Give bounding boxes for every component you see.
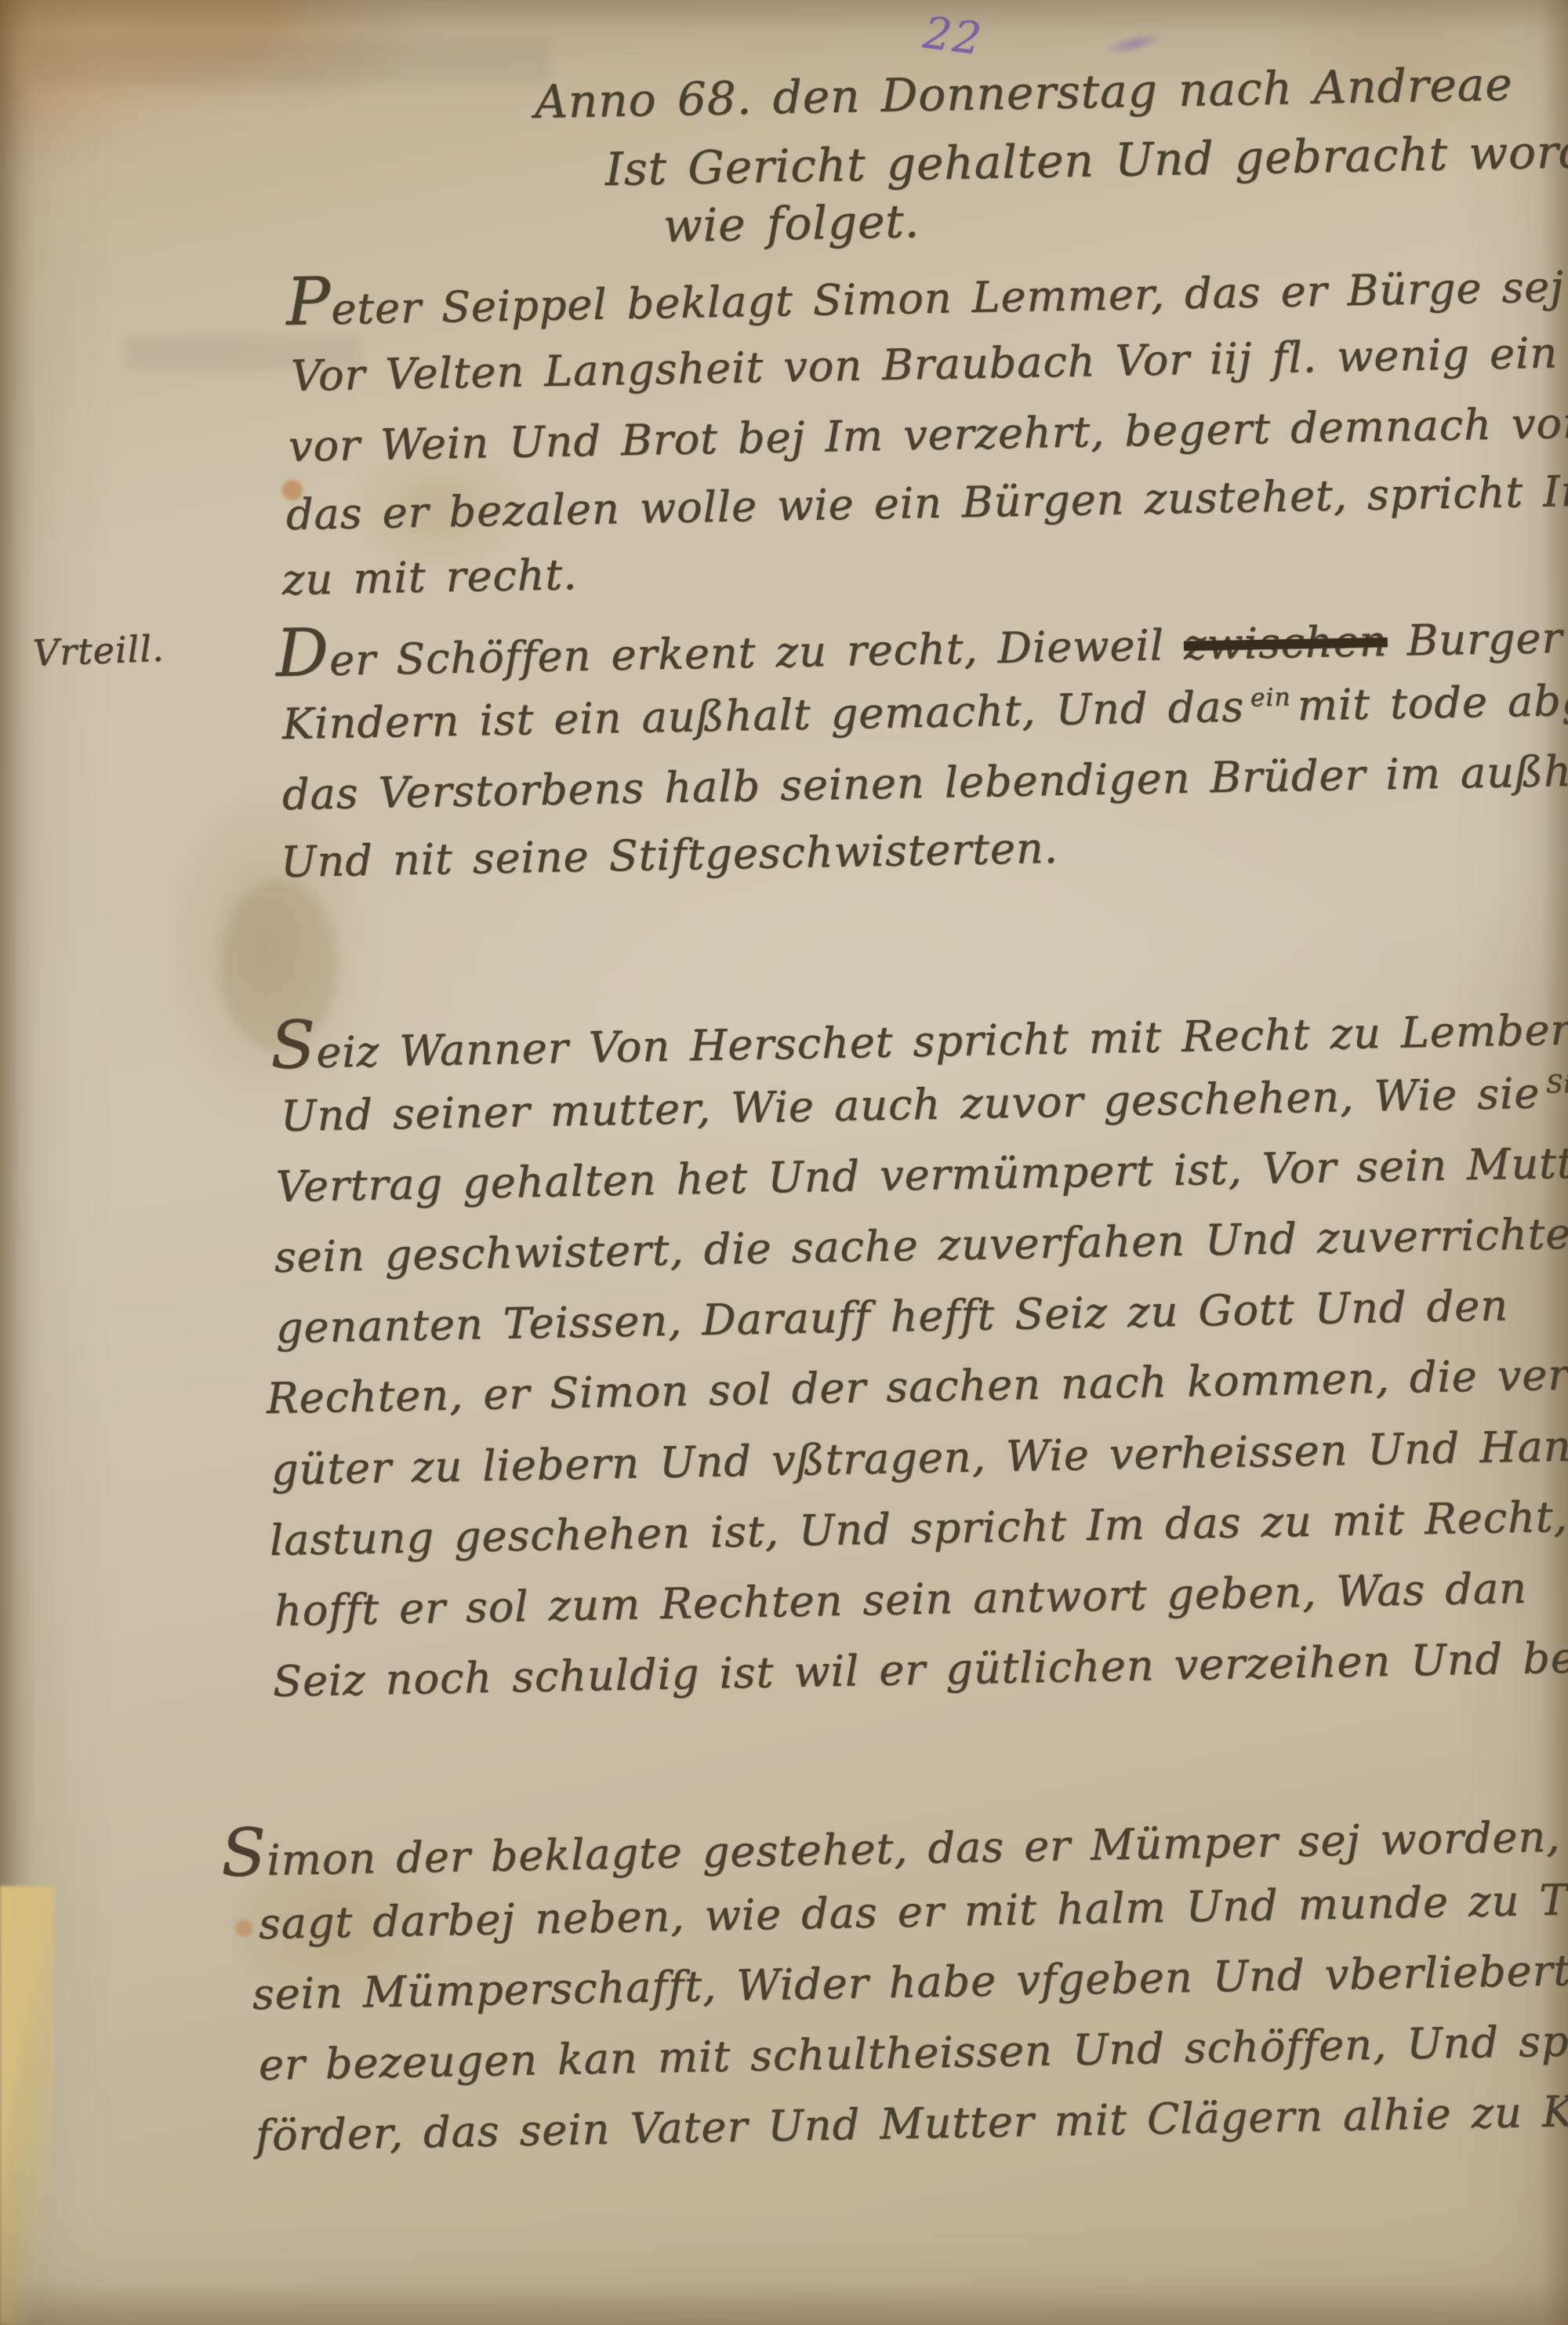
top-edge-shadow [0, 0, 1568, 31]
text-line: sein Mümperschafft, Wider habe vfgeben U… [252, 1944, 1568, 2019]
text-line: das Verstorbens halb seinen lebendigen B… [281, 742, 1568, 819]
header-line-session: Ist Gericht gehalten Und gebracht worden [604, 124, 1568, 196]
text-line: hofft er sol zum Rechten sein antwort ge… [274, 1564, 1527, 1636]
text-line: güter zu liebern Und vßtragen, Wie verhe… [270, 1421, 1568, 1495]
text-line: Der Schöffen erkent zu recht, Dieweil zw… [275, 601, 1568, 686]
manuscript-page: 22 Anno 68. den Donnerstag nach Andreae … [0, 0, 1568, 2325]
text-line: förder, das sein Vater Und Mutter mit Cl… [255, 2085, 1568, 2160]
torn-corner [0, 1886, 55, 2325]
text-line: Vor Velten Langsheit von Braubach Vor ii… [290, 326, 1568, 401]
text-line: zu mit recht. [281, 550, 577, 605]
text-line: das er bezalen wolle wie ein Bürgen zust… [285, 464, 1568, 539]
text-line: er bezeugen kan mit schultheissen Und sc… [258, 2014, 1568, 2090]
struck-word: zwischen [1184, 616, 1388, 670]
verdict-text: Kindern ist ein außhalt gemacht, Und das [281, 682, 1244, 749]
text-line: sagt darbej neben, wie das er mit halm U… [258, 1873, 1568, 1949]
text-line: vor Wein Und Brot bej Im verzehrt, beger… [288, 395, 1568, 471]
verdict-text: mit tode abgangen. [1297, 673, 1568, 730]
text-line: Seiz noch schuldig ist wil er gütlichen … [272, 1630, 1568, 1706]
header-line-folget: wie folget. [662, 194, 920, 252]
margin-note-urteil: Vrteill. [32, 627, 165, 674]
text-line: Und nit seine Stiftgeschwisterten. [280, 823, 1058, 887]
pencil-mark [1094, 20, 1174, 68]
text-line: Vertrag gehalten het Und vermümpert ist,… [275, 1135, 1568, 1212]
verdict-text: Burger Jacobs [1387, 610, 1568, 666]
claim-text: Und seiner mutter, Wie auch zuvor gesche… [280, 1069, 1540, 1141]
text-line: lastung geschehen ist, Und spricht Im da… [269, 1490, 1568, 1565]
text-line: genanten Teissen, Darauff hefft Seiz zu … [275, 1281, 1508, 1353]
inserted-word: Simon [1546, 1069, 1568, 1099]
text-line: Rechten, er Simon sol der sachen nach ko… [266, 1347, 1568, 1423]
header-line-date: Anno 68. den Donnerstag nach Andreae [534, 57, 1513, 129]
inserted-word: ein [1250, 683, 1291, 712]
text-line: Simon der beklagte gestehet, das er Mümp… [220, 1800, 1568, 1886]
text-line: Seiz Wanner Von Herschet spricht mit Rec… [270, 992, 1568, 1078]
ink-showthrough [31, 41, 549, 85]
text-line: Kindern ist ein außhalt gemacht, Und das… [281, 673, 1568, 749]
verdict-text: Der Schöffen erkent zu recht, Dieweil [276, 620, 1185, 686]
rust-spot [235, 1920, 252, 1937]
bottom-edge-shadow [0, 2283, 1568, 2325]
folio-number: 22 [920, 8, 985, 66]
text-line: Peter Seippel beklagt Simon Lemmer, das … [285, 249, 1568, 335]
text-line: sein geschwistert, die sache zuverfahen … [274, 1204, 1568, 1282]
